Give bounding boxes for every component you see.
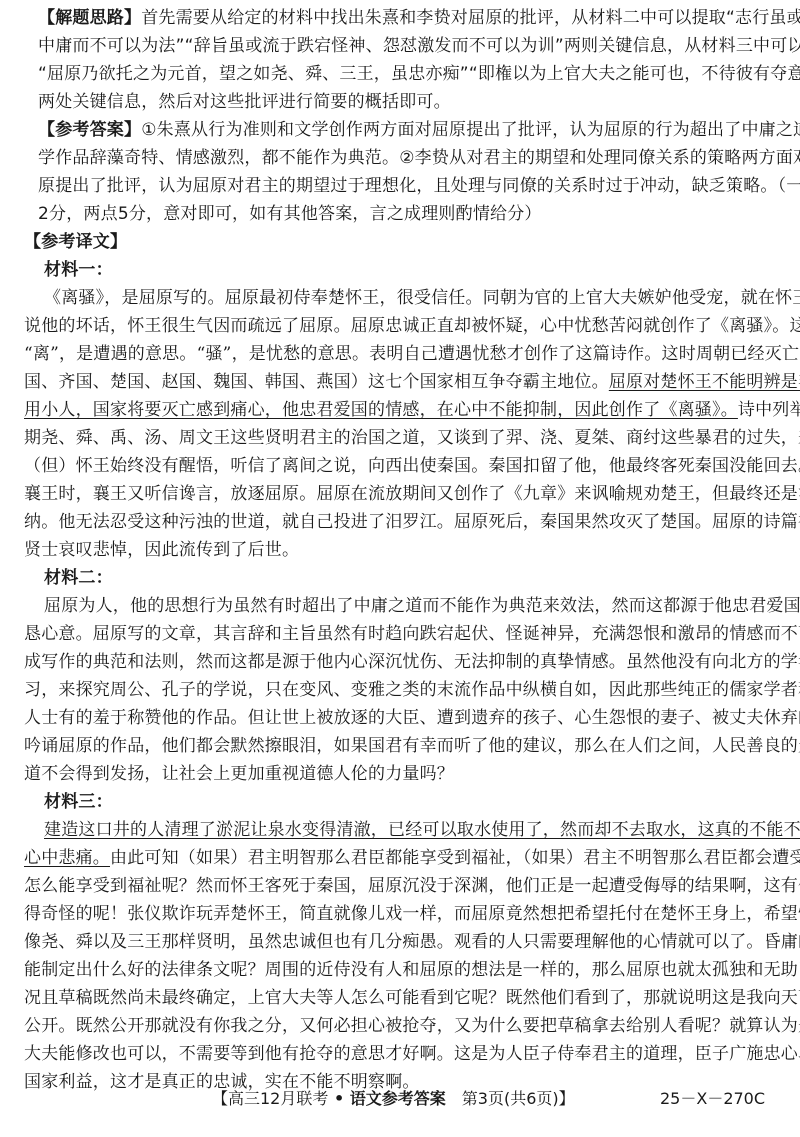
material1-title: 材料一： bbox=[44, 260, 113, 280]
approach-tag: 【解题思路】 bbox=[38, 8, 141, 28]
material1-line: 贤士哀叹悲悼，因此流传到了后世。 bbox=[24, 540, 299, 560]
material3-line: 像尧、舜以及三王那样贤明，虽然忠诚但也有几分痴愚。观看的人只需要理解他的心情就可… bbox=[24, 932, 800, 952]
translation-heading: 【参考译文】 bbox=[24, 232, 127, 252]
material2-line: 人士有的羞于称赞他的作品。但让世上被放逐的大臣、遭到遗弃的孩子、心生怨恨的妻子、… bbox=[24, 708, 800, 728]
q14-approach-line-2: 中庸而不可以为法”“辞旨虽或流于跌宕怪神、怨怼激发而不可以为训”两则关键信息，从… bbox=[38, 36, 800, 56]
material1-line: 期尧、舜、禹、汤、周文王这些贤明君主的治国之道，又谈到了羿、浇、夏桀、商纣这些暴… bbox=[24, 428, 800, 448]
material3-title: 材料三： bbox=[44, 792, 113, 812]
material1-line: 国、齐国、楚国、赵国、魏国、韩国、燕国）这七个国家相互争夺霸主地位。屈原对楚怀王… bbox=[24, 372, 800, 392]
material2-line: 成写作的典范和法则，然而这都是源于他内心深沉忧伤、无法抑制的真挚情感。虽然他没有… bbox=[24, 652, 800, 672]
underlined-passage: 建造这口井的人清理了淤泥让泉水变得清澈，已经可以取水使用了，然而却不去取水，这真… bbox=[44, 820, 800, 840]
q14-answer-line-2: 学作品辞藻奇特、情感激烈，都不能作为典范。②李贽从对君主的期望和处理同僚关系的策… bbox=[38, 148, 800, 168]
subject-title: 语文参考答案 bbox=[350, 1089, 446, 1108]
page-footer: 【高三12月联考 • 语文参考答案 第3页(共6页)】 bbox=[212, 1086, 575, 1109]
answer-tag: 【参考答案】 bbox=[38, 120, 141, 140]
material1-line: 《离骚》，是屈原写的。屈原最初侍奉楚怀王，很受信任。同朝为官的上官大夫嫉妒他受宠… bbox=[44, 288, 800, 308]
answer-key-page: 【解题思路】首先需要从给定的材料中找出朱熹和李贽对屈原的批评，从材料二中可以提取… bbox=[0, 0, 800, 1137]
material3-line: 公开。既然公开那就没有你我之分，又何必担心被抢夺，又为什么要把草稿拿去给别人看呢… bbox=[24, 1016, 800, 1036]
material2-line: 屈原为人，他的思想行为虽然有时超出了中庸之道而不能作为典范来效法，然而这都源于他… bbox=[44, 596, 800, 616]
material1-line: 襄王时，襄王又听信谗言，放逐屈原。屈原在流放期间又创作了《九章》来讽喻规劝楚王，… bbox=[24, 484, 800, 504]
material1-line: “离”，是遭遇的意思。“骚”，是忧愁的意思。表明自己遭遇忧愁才创作了这篇诗作。这… bbox=[24, 344, 800, 364]
material2-line: 吟诵屈原的作品，他们都会默然擦眼泪，如果国君有幸而听了他的建议，那么在人们之间，… bbox=[24, 736, 800, 756]
material1-line: （但）怀王始终没有醒悟，听信了离间之说，向西出使秦国。秦国扣留了他，他最终客死秦… bbox=[24, 456, 800, 476]
material3-line: 心中悲痛。由此可知（如果）君主明智那么君臣都能享受到福祉，（如果）君主不明智那么… bbox=[24, 848, 800, 868]
underlined-passage: 用小人，国家将要灭亡感到痛心，他忠君爱国的情感，在心中不能抑制，因此创作了《离骚… bbox=[24, 400, 738, 420]
q14-answer-line-1: 【参考答案】①朱熹从行为准则和文学创作两方面对屈原提出了批评，认为屈原的行为超出… bbox=[38, 120, 800, 140]
page-number: 第3页(共6页)】 bbox=[446, 1089, 575, 1108]
material1-line: 纳。他无法忍受这种污浊的世道，就自己投进了汨罗江。屈原死后，秦国果然攻灭了楚国。… bbox=[24, 512, 800, 532]
underlined-passage: 心中悲痛。 bbox=[24, 848, 110, 868]
q14-approach-line-3: “屈原乃欲托之为元首，望之如尧、舜、三王，虽忠亦痴”“即権以为上官大夫之能可也，… bbox=[38, 64, 800, 84]
material3-line: 怎么能享受到福祉呢？然而怀王客死于秦国，屈原沉没于深渊，他们正是一起遭受侮辱的结… bbox=[24, 876, 800, 896]
material2-line: 道不会得到发扬，让社会上更加重视道德人伦的力量吗？ bbox=[24, 764, 454, 784]
paper-code: 25－X－270C bbox=[660, 1086, 765, 1109]
material3-line: 大夫能修改也可以，不需要等到他有抢夺的意思才好啊。这是为人臣子侍奉君主的道理，臣… bbox=[24, 1044, 800, 1064]
q14-approach-line-1: 【解题思路】首先需要从给定的材料中找出朱熹和李贽对屈原的批评，从材料二中可以提取… bbox=[38, 8, 800, 28]
material3-line: 况且草稿既然尚未最终确定，上官大夫等人怎么可能看到它呢？既然他们看到了，那就说明… bbox=[24, 988, 800, 1008]
material1-line: 用小人，国家将要灭亡感到痛心，他忠君爱国的情感，在心中不能抑制，因此创作了《离骚… bbox=[24, 400, 800, 420]
material3-line: 能制定出什么好的法律条文呢？周围的近侍没有人和屈原的想法是一样的，那么屈原也就太… bbox=[24, 960, 800, 980]
material2-title: 材料二： bbox=[44, 568, 113, 588]
q14-answer-line-4: 2分，两点5分，意对即可，如有其他答案，言之成理则酌情给分） bbox=[38, 204, 542, 224]
material3-line: 得奇怪的呢！张仪欺诈玩弄楚怀王，简直就像儿戏一样，而屈原竟然想把希望托付在楚怀王… bbox=[24, 904, 800, 924]
material2-line: 恳心意。屈原写的文章，其言辞和主旨虽然有时趋向跌宕起伏、怪诞神异，充满怨恨和激昂… bbox=[24, 624, 800, 644]
underlined-passage: 屈原对楚怀王不能明辨是非，听信并任 bbox=[609, 372, 800, 392]
material1-line: 说他的坏话，怀王很生气因而疏远了屈原。屈原忠诚正直却被怀疑，心中忧愁苦闷就创作了… bbox=[24, 316, 800, 336]
q14-answer-line-3: 原提出了批评，认为屈原对君主的期望过于理想化，且处理与同僚的关系时过于冲动，缺乏… bbox=[38, 176, 800, 196]
material2-line: 习，来探究周公、孔子的学说，只在变风、变雅之类的末流作品中纵横自如，因此那些纯正… bbox=[24, 680, 800, 700]
q14-approach-line-4: 两处关键信息，然后对这些批评进行简要的概括即可。 bbox=[38, 92, 451, 112]
